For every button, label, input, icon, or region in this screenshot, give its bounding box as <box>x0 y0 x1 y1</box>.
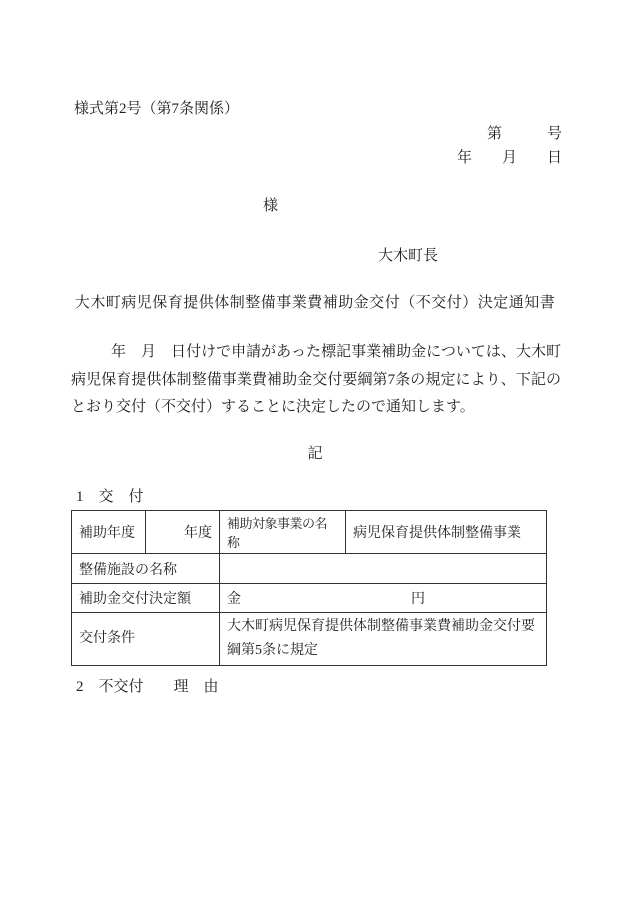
table-row-grant-amount: 補助金交付決定額 金円 <box>72 584 547 613</box>
cell-project-name-label: 補助対象事業の名称 <box>220 511 346 554</box>
cell-subsidy-year-value: 年度 <box>146 511 220 554</box>
cell-facility-name-value <box>220 554 547 584</box>
amount-unit: 円 <box>411 588 425 608</box>
amount-prefix: 金 <box>227 592 241 607</box>
table-row-facility-name: 整備施設の名称 <box>72 554 547 584</box>
cell-subsidy-year-label: 補助年度 <box>72 511 146 554</box>
cell-grant-amount-label: 補助金交付決定額 <box>72 584 220 613</box>
form-number-label: 様式第2号（第7条関係） <box>74 97 239 118</box>
cell-grant-amount-value: 金円 <box>220 584 547 613</box>
cell-facility-name-label: 整備施設の名称 <box>72 554 220 584</box>
body-paragraph: 年 月 日付けで申請があった標記事業補助金については、大木町病児保育提供体制整備… <box>71 339 561 422</box>
section-1-heading: 1 交 付 <box>76 485 144 506</box>
addressee-honorific: 様 <box>263 194 278 215</box>
document-title: 大木町病児保育提供体制整備事業費補助金交付（不交付）決定通知書 <box>0 291 630 312</box>
section-2-heading: 2 不交付 理 由 <box>76 675 219 696</box>
sender-title: 大木町長 <box>378 244 438 265</box>
cell-grant-conditions-label: 交付条件 <box>72 613 220 666</box>
cell-project-name-value: 病児保育提供体制整備事業 <box>346 511 547 554</box>
date-blank: 年 月 日 <box>457 146 562 167</box>
cell-grant-conditions-value: 大木町病児保育提供体制整備事業費補助金交付要綱第5条に規定 <box>220 613 547 666</box>
document-page: 様式第2号（第7条関係） 第 号 年 月 日 様 大木町長 大木町病児保育提供体… <box>0 0 630 903</box>
document-number-blank: 第 号 <box>487 122 562 143</box>
table-row-grant-conditions: 交付条件 大木町病児保育提供体制整備事業費補助金交付要綱第5条に規定 <box>72 613 547 666</box>
grant-table: 補助年度 年度 補助対象事業の名称 病児保育提供体制整備事業 整備施設の名称 補… <box>71 510 547 666</box>
record-marker: 記 <box>0 442 630 463</box>
table-row-subsidy-year: 補助年度 年度 補助対象事業の名称 病児保育提供体制整備事業 <box>72 511 547 554</box>
